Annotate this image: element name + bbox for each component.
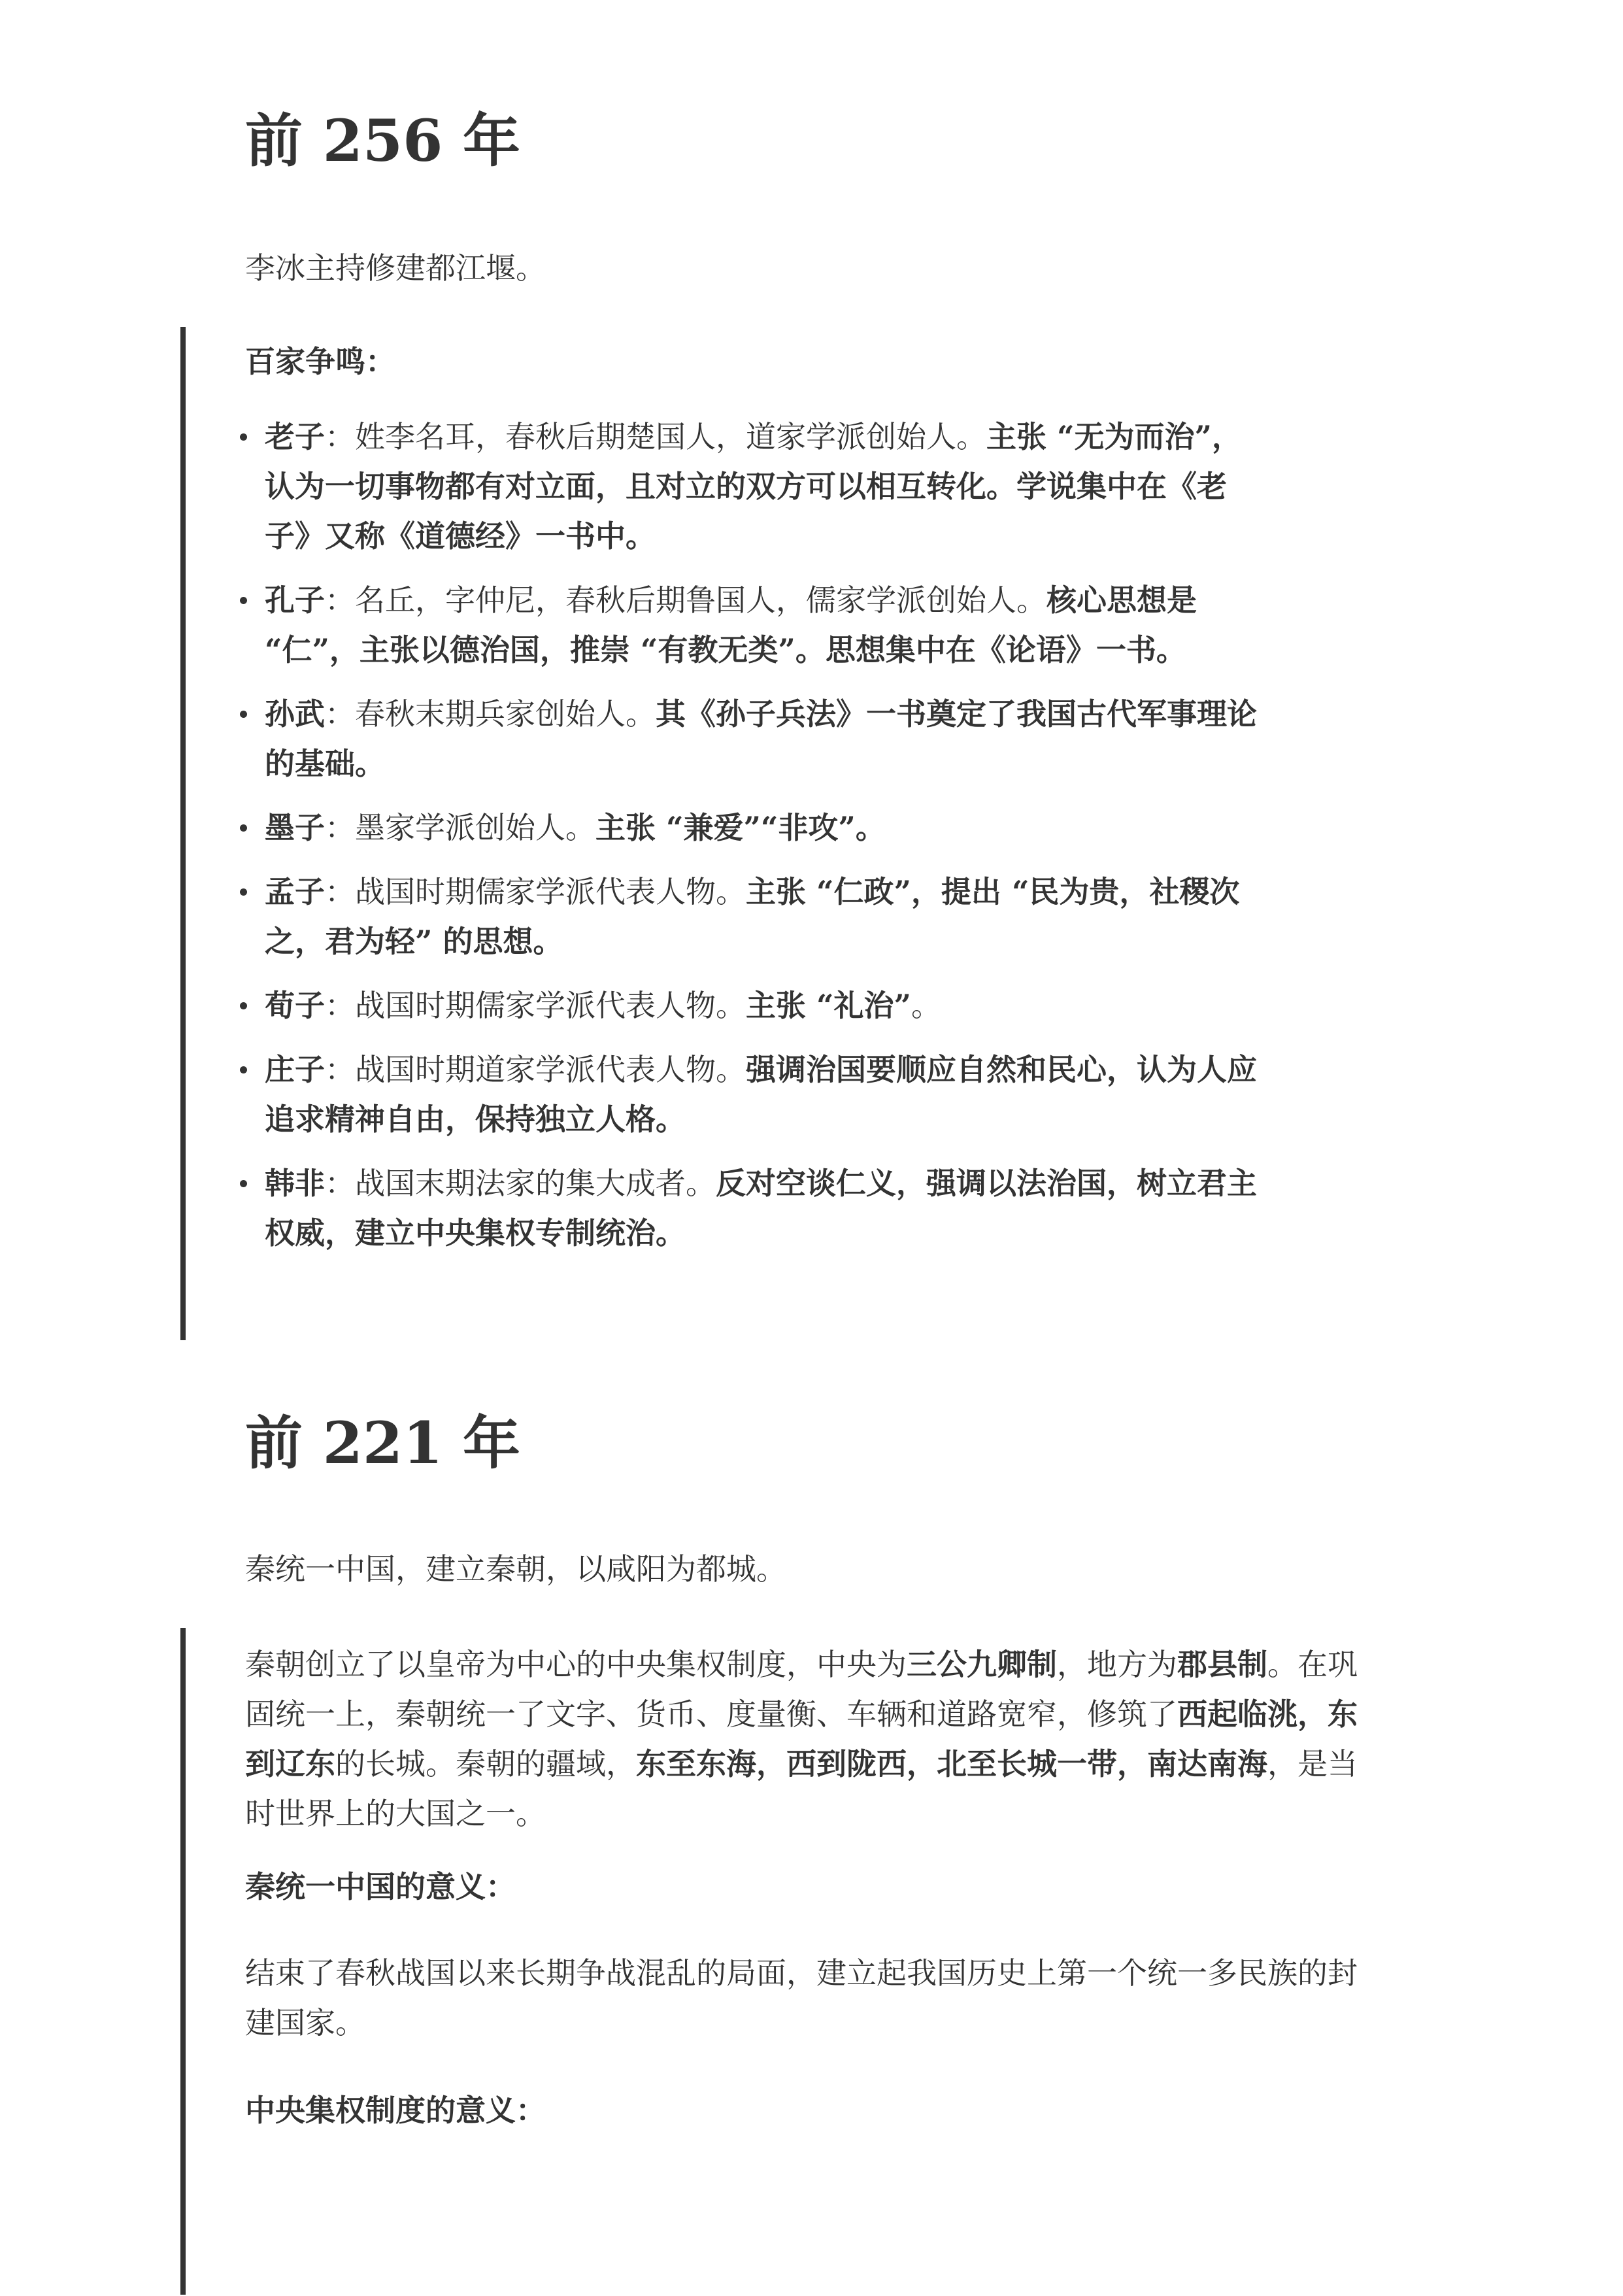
list-item-mengzi: 孟子：战国时期儒家学派代表人物。主张 “仁政”，提出 “民为贵，社稷次之，君为轻… bbox=[265, 867, 1258, 966]
list-item-sunwu: 孙武：春秋末期兵家创始人。其《孙子兵法》一书奠定了我国古代军事理论的基础。 bbox=[265, 689, 1258, 788]
bullet-icon bbox=[240, 433, 247, 441]
list-item-hanfei: 韩非：战国末期法家的集大成者。反对空谈仁义，强调以法治国，树立君主权威，建立中央… bbox=[265, 1158, 1258, 1258]
blockquote-hundred-schools: 百家争鸣： 老子：姓李名耳，春秋后期楚国人，道家学派创始人。主张 “无为而治”，… bbox=[183, 327, 1386, 1340]
section-heading-221bc: 前 221 年 bbox=[245, 1407, 520, 1479]
significance-title: 秦统一中国的意义： bbox=[245, 1862, 516, 1912]
blockquote-qin-dynasty: 秦朝创立了以皇帝为中心的中央集权制度，中央为三公九卿制，地方为郡县制。在巩固统一… bbox=[183, 1628, 1386, 2295]
list-item-mozi: 墨子：墨家学派创始人。主张 “兼爱”“非攻”。 bbox=[265, 803, 1258, 853]
bullet-icon bbox=[240, 597, 247, 604]
list-item-kongzi: 孔子：名丘，字仲尼，春秋后期鲁国人，儒家学派创始人。核心思想是 “仁”，主张以德… bbox=[265, 575, 1258, 675]
bullet-icon bbox=[240, 1002, 247, 1009]
bullet-icon bbox=[240, 711, 247, 718]
list-item-zhuangzi: 庄子：战国时期道家学派代表人物。强调治国要顺应自然和民心，认为人应追求精神自由，… bbox=[265, 1045, 1258, 1144]
section-intro-256bc: 李冰主持修建都江堰。 bbox=[245, 243, 546, 293]
qin-system-paragraph: 秦朝创立了以皇帝为中心的中央集权制度，中央为三公九卿制，地方为郡县制。在巩固统一… bbox=[245, 1640, 1386, 1838]
quote-title-hundred-schools: 百家争鸣： bbox=[245, 337, 395, 386]
bullet-icon bbox=[240, 888, 247, 896]
section-intro-221bc: 秦统一中国，建立秦朝，以咸阳为都城。 bbox=[245, 1544, 786, 1594]
list-item-xunzi: 荀子：战国时期儒家学派代表人物。主张 “礼治”。 bbox=[265, 981, 1258, 1030]
bullet-icon bbox=[240, 824, 247, 832]
bullet-icon bbox=[240, 1180, 247, 1187]
significance-text: 结束了春秋战国以来长期争战混乱的局面，建立起我国历史上第一个统一多民族的封建国家… bbox=[245, 1948, 1386, 2048]
bullet-icon bbox=[240, 1066, 247, 1073]
philosophers-list: 老子：姓李名耳，春秋后期楚国人，道家学派创始人。主张 “无为而治”，认为一切事物… bbox=[183, 412, 1258, 1258]
centralization-title: 中央集权制度的意义： bbox=[245, 2085, 546, 2135]
section-heading-256bc: 前 256 年 bbox=[245, 105, 520, 177]
list-item-laozi: 老子：姓李名耳，春秋后期楚国人，道家学派创始人。主张 “无为而治”，认为一切事物… bbox=[265, 412, 1258, 561]
